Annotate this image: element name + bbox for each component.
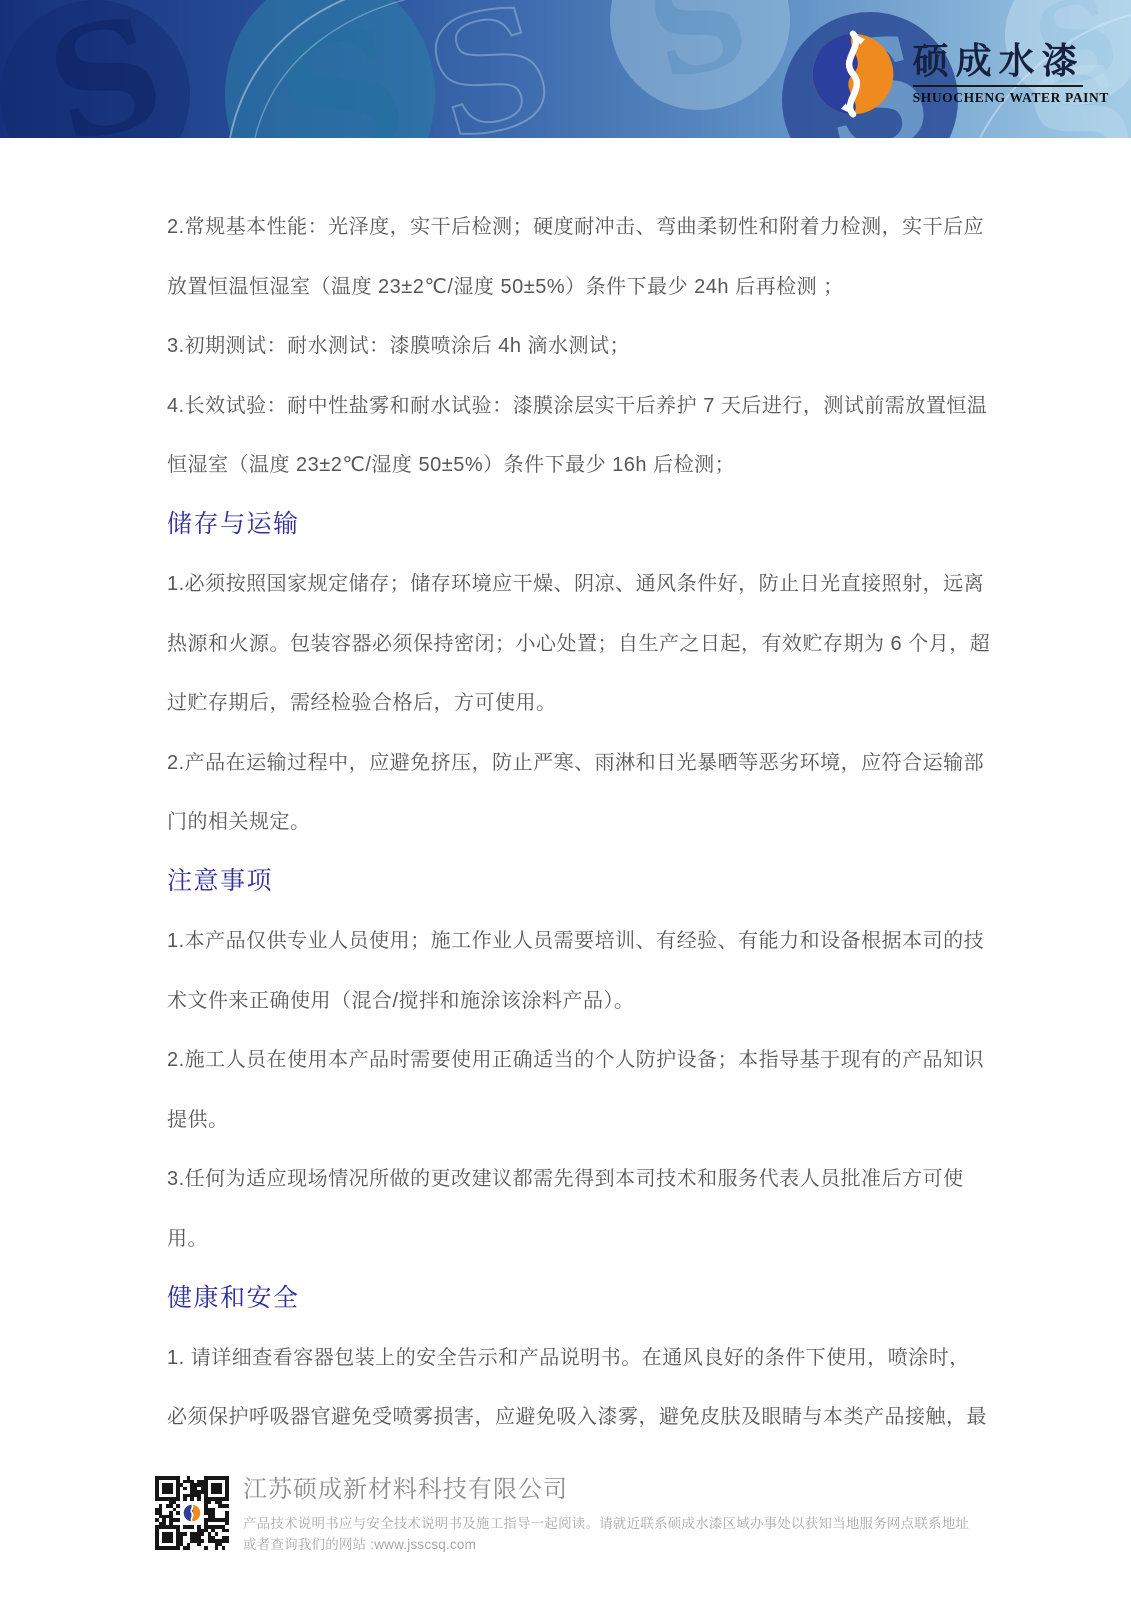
paragraph-line: 门的相关规定。	[167, 790, 967, 850]
paragraph-line: 3.初期测试：耐水测试：漆膜喷涂后 4h 滴水测试；	[167, 314, 967, 374]
document-page: S S S S S S S	[0, 0, 1131, 1600]
paragraph-line: 必须保护呼吸器官避免受喷雾损害，应避免吸入漆雾，避免皮肤及眼睛与本类产品接触，最	[167, 1385, 967, 1445]
brand-logo-lockup: 硕成水漆 SHUOCHENG WATER PAINT	[807, 30, 1109, 118]
paragraph-line: 提供。	[167, 1088, 967, 1148]
section-heading: 储存与运输	[167, 493, 967, 553]
brand-name-chinese: 硕成水漆	[913, 42, 1109, 82]
qr-code	[155, 1476, 229, 1550]
paragraph-line: 放置恒温恒湿室（温度 23±2℃/湿度 50±5%）条件下最少 24h 后再检测…	[167, 255, 967, 315]
paragraph-line: 1.本产品仅供专业人员使用；施工作业人员需要培训、有经验、有能力和设备根据本司的…	[167, 909, 967, 969]
paragraph-line: 3.任何为适应现场情况所做的更改建议都需先得到本司技术和服务代表人员批准后方可使	[167, 1147, 967, 1207]
section-heading: 健康和安全	[167, 1266, 967, 1326]
paragraph-line: 过贮存期后，需经检验合格后，方可使用。	[167, 671, 967, 731]
paragraph-line: 1.必须按照国家规定储存；储存环境应干燥、阴凉、通风条件好，防止日光直接照射，远…	[167, 552, 967, 612]
paragraph-line: 热源和火源。包装容器必须保持密闭；小心处置；自生产之日起，有效贮存期为 6 个月…	[167, 612, 967, 672]
brand-name-english: SHUOCHENG WATER PAINT	[913, 90, 1109, 106]
qr-center-logo-icon	[181, 1502, 203, 1524]
paragraph-line: 术文件来正确使用（混合/搅拌和施涂该涂料产品）。	[167, 969, 967, 1029]
paragraph-line: 用。	[167, 1207, 967, 1267]
footer-note-line-2: 或者查询我们的网站 :www.jsscsq.com	[243, 1534, 983, 1556]
paragraph-line: 1. 请详细查看容器包装上的安全告示和产品说明书。在通风良好的条件下使用，喷涂时…	[167, 1326, 967, 1386]
brand-divider	[913, 85, 1083, 87]
header-banner: S S S S S S S	[0, 0, 1131, 138]
brand-logo	[807, 30, 899, 118]
paragraph-line: 2.产品在运输过程中，应避免挤压，防止严寒、雨淋和日光暴晒等恶劣环境，应符合运输…	[167, 731, 967, 791]
document-body: 2.常规基本性能：光泽度，实干后检测；硬度耐冲击、弯曲柔韧性和附着力检测，实干后…	[167, 195, 967, 1445]
paragraph-line: 恒湿室（温度 23±2℃/湿度 50±5%）条件下最少 16h 后检测；	[167, 433, 967, 493]
paragraph-line: 4.长效试验：耐中性盐雾和耐水试验：漆膜涂层实干后养护 7 天后进行，测试前需放…	[167, 374, 967, 434]
paragraph-line: 2.施工人员在使用本产品时需要使用正确适当的个人防护设备；本指导基于现有的产品知…	[167, 1028, 967, 1088]
paragraph-line: 2.常规基本性能：光泽度，实干后检测；硬度耐冲击、弯曲柔韧性和附着力检测，实干后…	[167, 195, 967, 255]
footer-note: 产品技术说明书应与安全技术说明书及施工指导一起阅读。请就近联系硕成水漆区域办事处…	[243, 1513, 983, 1557]
section-heading: 注意事项	[167, 850, 967, 910]
company-name: 江苏硕成新材料科技有限公司	[243, 1476, 983, 1504]
footer-note-line-1: 产品技术说明书应与安全技术说明书及施工指导一起阅读。请就近联系硕成水漆区域办事处…	[243, 1513, 983, 1535]
